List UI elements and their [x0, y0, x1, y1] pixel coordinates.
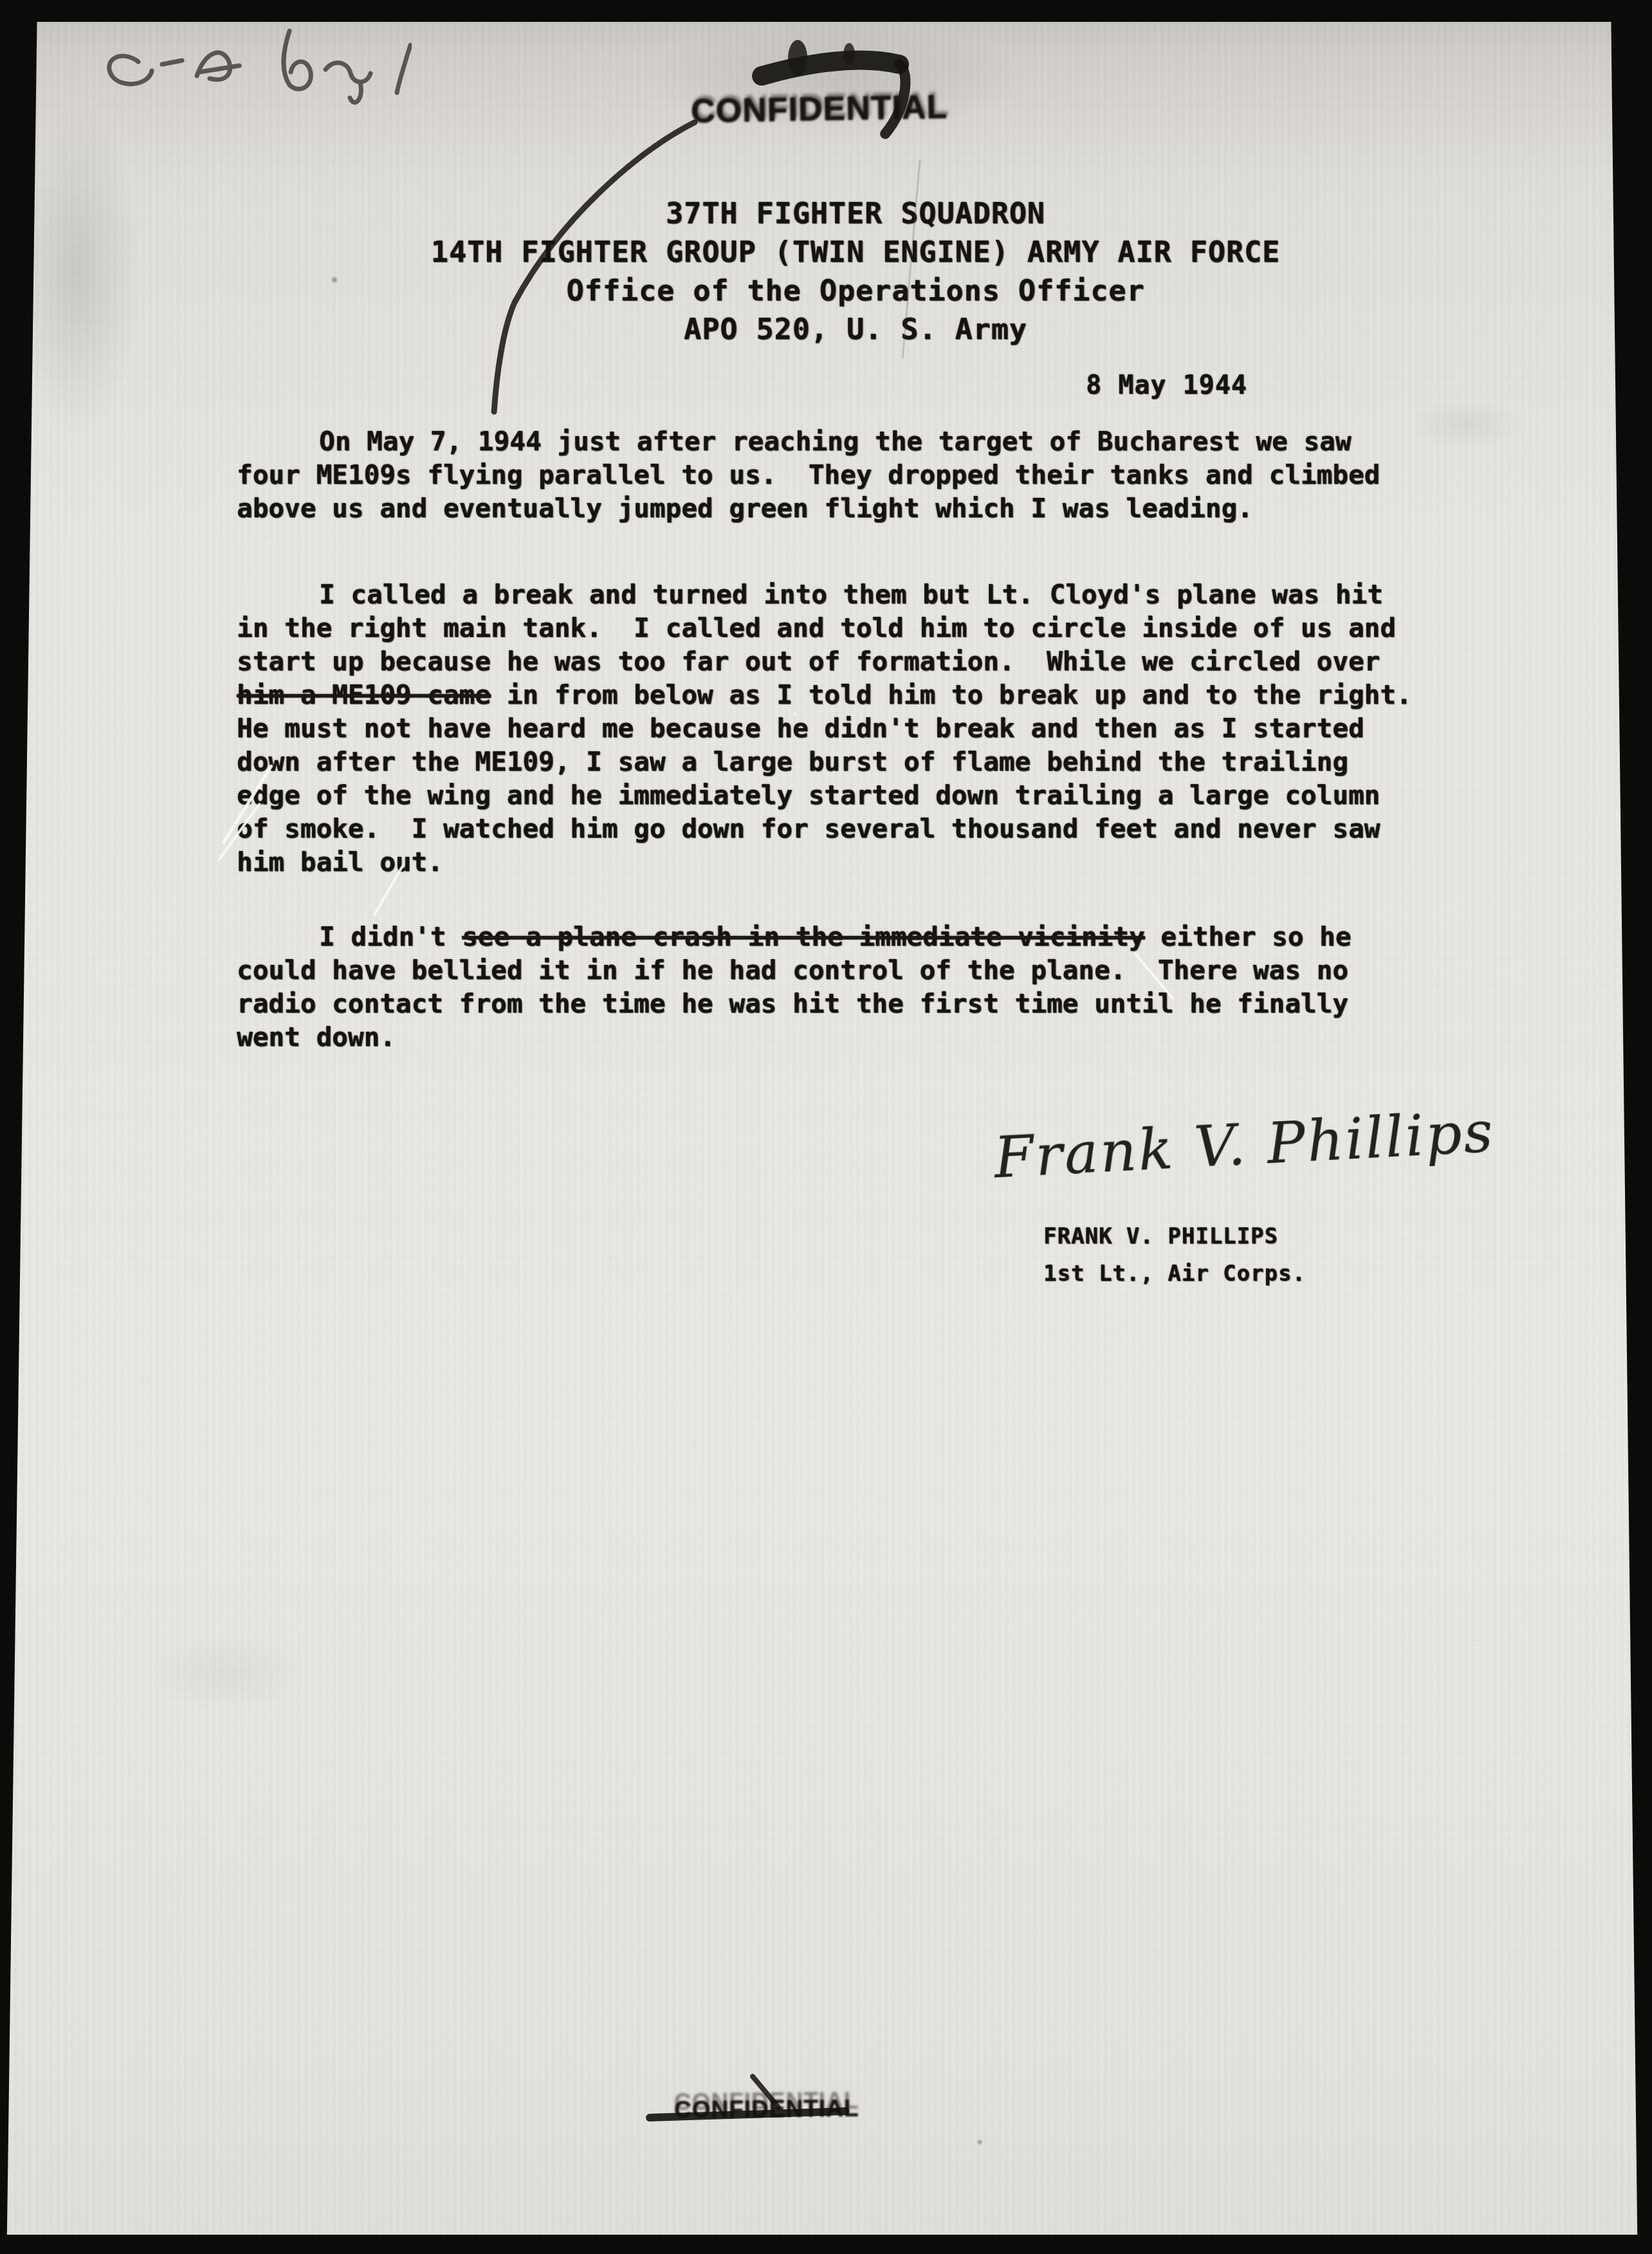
- typed-text-line: went down.: [237, 1020, 1446, 1054]
- signature-rank-line: 1st Lt., Air Corps.: [1043, 1261, 1306, 1287]
- stamp-cancellation-swoosh: [476, 26, 1119, 437]
- typed-text-line: He must not have heard me because he did…: [237, 711, 1446, 745]
- typed-text-line: four ME109s flying parallel to us. They …: [237, 458, 1446, 491]
- pencil-scribble-marks: [77, 23, 412, 107]
- paragraph-2: I called a break and turned into them bu…: [237, 578, 1446, 879]
- typed-text: four ME109s flying parallel to us. They …: [237, 459, 1380, 490]
- typed-text-line: radio contact from the time he was hit t…: [237, 987, 1446, 1020]
- handwritten-signature: Frank V. Phillips: [993, 1099, 1496, 1191]
- typed-text-line: him bail out.: [237, 845, 1446, 879]
- typed-text: start up because he was too far out of f…: [237, 646, 1380, 677]
- typed-text-line: above us and eventually jumped green fli…: [237, 491, 1446, 525]
- typed-text: could have bellied it in if he had contr…: [237, 955, 1348, 985]
- typed-text: of smoke. I watched him go down for seve…: [237, 813, 1380, 844]
- typed-text: in the right main tank. I called and tol…: [237, 612, 1396, 643]
- typed-text: down after the ME109, I saw a large burs…: [237, 746, 1348, 777]
- typed-text-line: I called a break and turned into them bu…: [237, 578, 1446, 611]
- typed-text: either so he: [1145, 921, 1352, 952]
- scanned-document-page: CONFIDENTIAL 37TH FIGHTER SQUADRON 14TH …: [0, 0, 1652, 2254]
- typed-text-line: I didn't see a plane crash in the immedi…: [237, 920, 1446, 953]
- typed-text: radio contact from the time he was hit t…: [237, 988, 1348, 1019]
- typed-text: went down.: [237, 1022, 396, 1052]
- typed-text-line: him a ME109 came in from below as I told…: [237, 678, 1446, 711]
- paper-background: CONFIDENTIAL 37TH FIGHTER SQUADRON 14TH …: [0, 0, 1652, 2254]
- typed-text: I didn't: [319, 921, 462, 952]
- typed-text: edge of the wing and he immediately star…: [237, 780, 1380, 811]
- paragraph-1: On May 7, 1944 just after reaching the t…: [237, 425, 1446, 525]
- paragraph-3: I didn't see a plane crash in the immedi…: [237, 920, 1446, 1054]
- scan-border-top: [0, 0, 1652, 22]
- typed-text-line: of smoke. I watched him go down for seve…: [237, 812, 1446, 845]
- typed-text-line: edge of the wing and he immediately star…: [237, 778, 1446, 812]
- struck-out-text: him a ME109 came: [237, 679, 491, 710]
- typed-text-line: start up because he was too far out of f…: [237, 645, 1446, 678]
- scan-border-bottom: [0, 2235, 1652, 2254]
- typed-text-line: could have bellied it in if he had contr…: [237, 953, 1446, 987]
- typed-text: above us and eventually jumped green fli…: [237, 493, 1253, 524]
- stamp-strike-line: [630, 2039, 952, 2149]
- typed-text-line: down after the ME109, I saw a large burs…: [237, 745, 1446, 778]
- typed-text: in from below as I told him to break up …: [491, 679, 1412, 710]
- struck-out-text: see a plane crash in the immediate vicin…: [462, 921, 1144, 952]
- typed-text: He must not have heard me because he did…: [237, 713, 1364, 744]
- typed-text-line: in the right main tank. I called and tol…: [237, 611, 1446, 645]
- signature-typed-name: FRANK V. PHILLIPS: [1043, 1223, 1278, 1249]
- typed-text: I called a break and turned into them bu…: [319, 579, 1383, 610]
- typed-text: him bail out.: [237, 847, 443, 877]
